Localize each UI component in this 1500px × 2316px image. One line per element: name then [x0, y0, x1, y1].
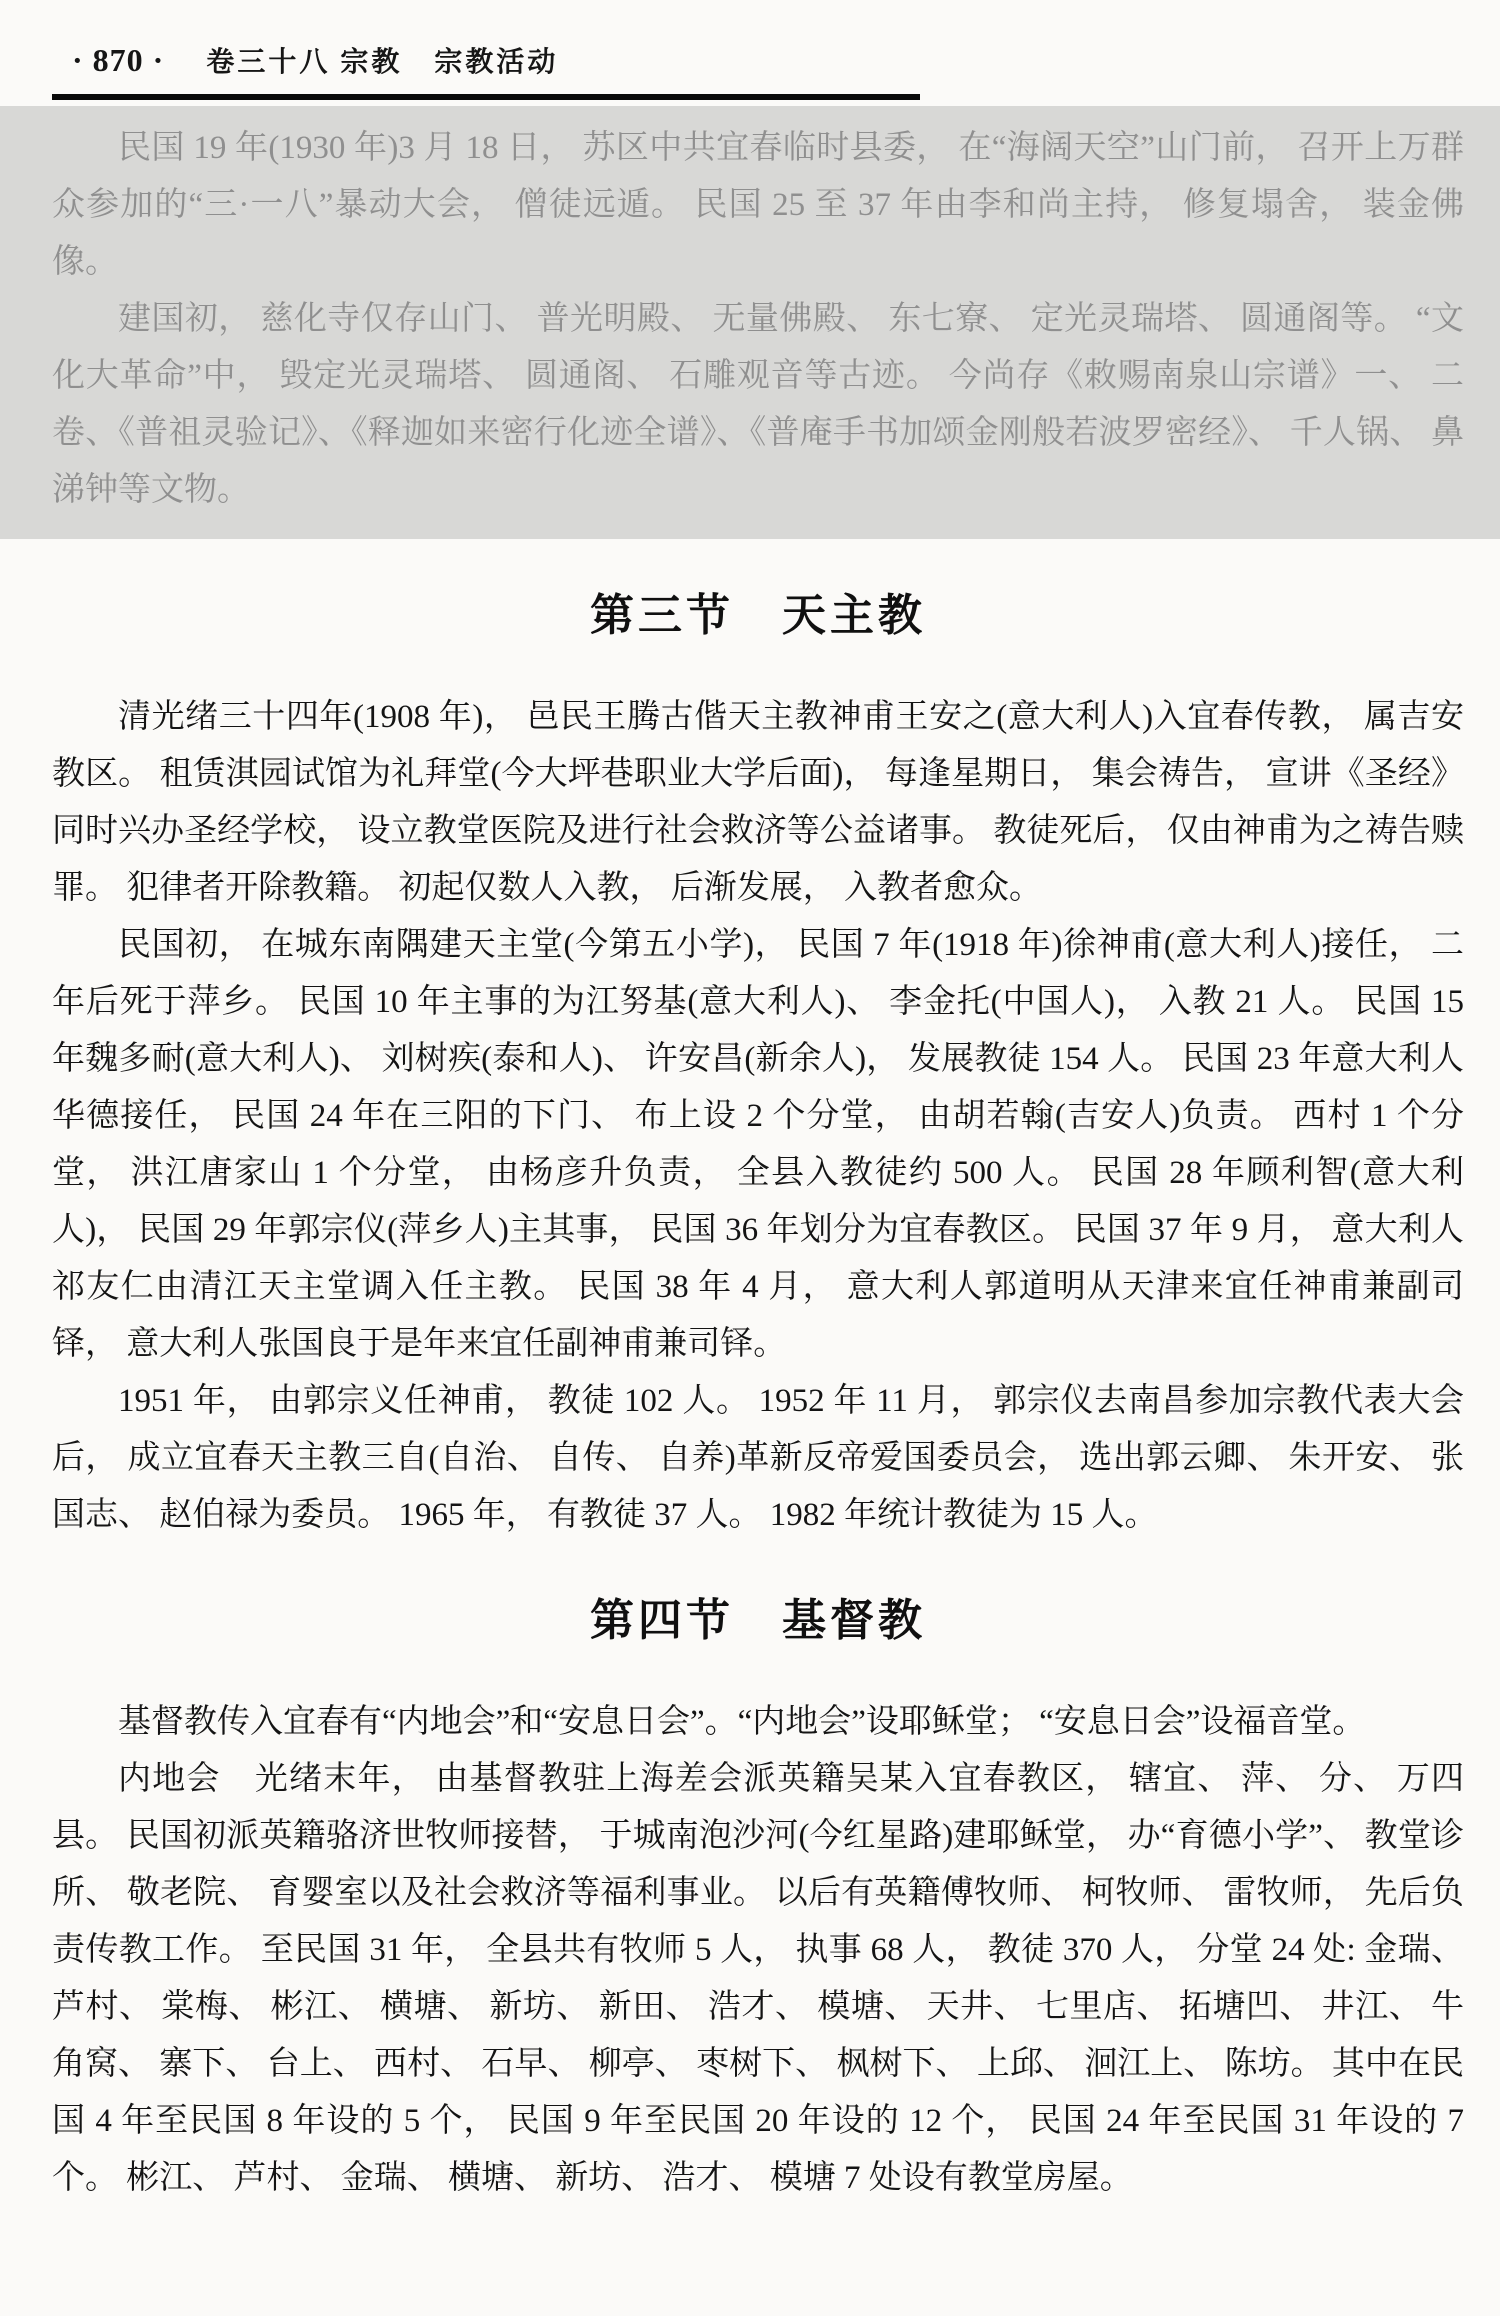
scanned-book-page: · 870 · 卷三十八 宗教 宗教活动 民国 19 年(1930 年)3 月 … [0, 0, 1500, 2316]
section-heading-christian: 第四节 基督教 [52, 1584, 1464, 1648]
faded-paragraph: 民国 19 年(1930 年)3 月 18 日， 苏区中共宜春临时县委， 在“海… [52, 120, 1464, 291]
body-paragraph: 内地会 光绪末年， 由基督教驻上海差会派英籍吴某入宜春教区， 辖宜、 萍、 分、… [52, 1751, 1464, 2207]
chapter-title: 宗教活动 [434, 40, 558, 80]
section-heading-catholic: 第三节 天主教 [52, 579, 1464, 643]
header-rule [52, 94, 920, 100]
body-paragraph: 基督教传入宜春有“内地会”和“安息日会”。“内地会”设耶稣堂； “安息日会”设福… [52, 1694, 1464, 1751]
faded-paragraph: 建国初， 慈化寺仅存山门、 普光明殿、 无量佛殿、 东七寮、 定光灵瑞塔、 圆通… [52, 291, 1464, 519]
page-number: · 870 · [72, 42, 164, 79]
body-paragraph: 清光绪三十四年(1908 年)， 邑民王腾古偕天主教神甫王安之(意大利人)入宜春… [52, 689, 1464, 917]
running-header: · 870 · 卷三十八 宗教 宗教活动 [0, 0, 1500, 80]
faded-scan-block: 民国 19 年(1930 年)3 月 18 日， 苏区中共宜春临时县委， 在“海… [0, 106, 1500, 539]
body-paragraph: 民国初， 在城东南隅建天主堂(今第五小学)， 民国 7 年(1918 年)徐神甫… [52, 917, 1464, 1373]
page-body: 第三节 天主教 清光绪三十四年(1908 年)， 邑民王腾古偕天主教神甫王安之(… [0, 579, 1500, 2207]
volume-title: 卷三十八 宗教 [206, 40, 402, 80]
body-paragraph: 1951 年， 由郭宗义任神甫， 教徒 102 人。 1952 年 11 月， … [52, 1373, 1464, 1544]
